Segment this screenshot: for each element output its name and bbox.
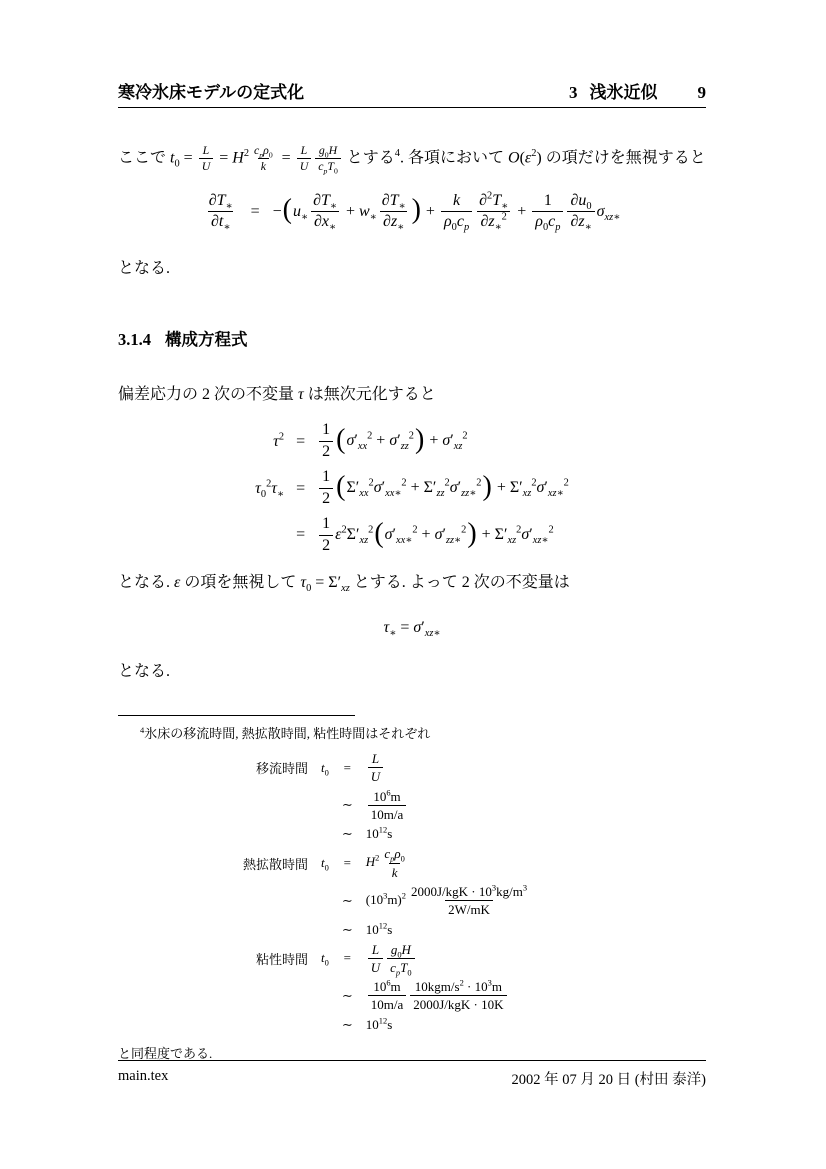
footnote-row-label: 粘性時間 <box>238 949 308 968</box>
footnote-row-label: 移流時間 <box>238 758 308 777</box>
tau-eq-row1-lhs: τ2 <box>255 433 284 451</box>
footnote-intro: 4氷床の移流時間, 熱拡散時間, 粘性時間はそれぞれ <box>118 723 706 742</box>
footnote-row-rel: = <box>342 760 353 776</box>
footnote-row-rhs: 1012s <box>366 826 532 842</box>
section-heading: 3.1.4構成方程式 <box>118 326 706 350</box>
page-footer: main.tex 2002 年 07 月 20 日 (村田 泰洋) <box>118 1060 706 1089</box>
section-heading-title: 構成方程式 <box>165 331 248 349</box>
tau-intro-paragraph: 偏差応力の 2 次の不変量 τ は無次元化すると <box>118 382 706 408</box>
footnote-row-rhs: (103m)22000J/kgK · 103kg/m32W/mK <box>366 884 532 918</box>
footnote-row-var: t0 <box>321 855 329 871</box>
footnote-row-rel: = <box>342 855 353 871</box>
after-invariant-text: となる. <box>118 659 706 685</box>
footnote-row-rhs: 106m10m/a10kgm/s2 · 103m2000J/kgK · 10K <box>366 979 532 1013</box>
header-section-number: 3 <box>569 83 578 102</box>
invariant-result-expression: τ∗ = σ′xz∗ <box>384 619 441 637</box>
page-header: 寒冷氷床モデルの定式化 3浅氷近似9 <box>118 78 706 103</box>
heat-equation-lhs: ∂T∗∂t∗ <box>204 192 238 233</box>
footnote-row-rel: = <box>342 950 353 966</box>
after-heat-text: となる. <box>118 256 706 282</box>
footnote-row-rel: ∼ <box>342 988 353 1004</box>
tau-eq-row3-rel: = <box>296 526 305 544</box>
document-page: 寒冷氷床モデルの定式化 3浅氷近似9 ここで t0 = LU = H2cpρ0k… <box>0 0 826 1169</box>
footnote-row-var: t0 <box>321 950 329 966</box>
tau-eq-row1-rhs: 12(σ′xx2 + σ′zz2) + σ′xz2 <box>317 421 569 462</box>
footnote-row-rhs: LUg0HcpT0 <box>366 942 532 976</box>
footnote-closing-text: と同程度である. <box>118 1043 706 1062</box>
tau-eq-row3-rhs: 12ε2Σ′xz2(σ′xx∗2 + σ′zz∗2) + Σ′xz2σ′xz∗2 <box>317 515 569 556</box>
section-heading-number: 3.1.4 <box>118 330 151 349</box>
intro-paragraph: ここで t0 = LU = H2cpρ0k = LUg0HcpT0 とする4. … <box>118 144 706 174</box>
footnote-intro-text: 氷床の移流時間, 熱拡散時間, 粘性時間はそれぞれ <box>144 726 430 741</box>
footnote-equation-table: 移流時間 t0 = LU ∼ 106m10m/a ∼ 1012s 熱拡散時間 t… <box>238 751 706 1033</box>
footnote-row-rel: ∼ <box>342 922 353 938</box>
footnote: 4氷床の移流時間, 熱拡散時間, 粘性時間はそれぞれ 移流時間 t0 = LU … <box>118 715 706 1062</box>
tau-eq-row2-rhs: 12(Σ′xx2σ′xx∗2 + Σ′zz2σ′zz∗2) + Σ′xz2σ′x… <box>317 468 569 509</box>
footnote-rule <box>118 715 355 716</box>
tau-eq-row1-rel: = <box>296 433 305 451</box>
footnote-row-rel: ∼ <box>342 893 353 909</box>
equals-sign: = <box>251 203 260 221</box>
running-title: 寒冷氷床モデルの定式化 <box>118 78 304 103</box>
footnote-row-rhs: 106m10m/a <box>366 789 532 823</box>
header-section-title: 浅氷近似 <box>590 83 658 102</box>
footnote-row-rhs: LU <box>366 751 532 785</box>
tau0-definition-paragraph: となる. ε の項を無視して τ0 = Σ′xz とする. よって 2 次の不変… <box>118 570 706 596</box>
running-head-right: 3浅氷近似9 <box>569 78 706 103</box>
footnote-row-label: 熱拡散時間 <box>238 854 308 873</box>
tau-eq-row2-lhs: τ02τ∗ <box>255 480 284 498</box>
footer-date-author: 2002 年 07 月 20 日 (村田 泰洋) <box>511 1068 706 1089</box>
footnote-row-rhs: 1012s <box>366 1017 532 1033</box>
tau-eq-row2-rel: = <box>296 480 305 498</box>
footnote-row-rhs: H2cpρ0k <box>366 846 532 880</box>
footer-filename: main.tex <box>118 1068 168 1089</box>
footnote-row-rhs: 1012s <box>366 922 532 938</box>
page-number: 9 <box>698 83 707 102</box>
heat-equation-rhs: −(u∗∂T∗∂x∗ + w∗∂T∗∂z∗) + kρ0cp∂2T∗∂z∗2 +… <box>273 192 621 233</box>
tau-invariant-equation-block: τ2 = 12(σ′xx2 + σ′zz2) + σ′xz2 τ02τ∗ = 1… <box>118 421 706 555</box>
footnote-row-rel: ∼ <box>342 1017 353 1033</box>
invariant-result-equation: τ∗ = σ′xz∗ <box>118 619 706 637</box>
heat-equation: ∂T∗∂t∗ = −(u∗∂T∗∂x∗ + w∗∂T∗∂z∗) + kρ0cp∂… <box>118 192 706 233</box>
footnote-row-var: t0 <box>321 760 329 776</box>
footnote-row-rel: ∼ <box>342 826 353 842</box>
footnote-row-rel: ∼ <box>342 797 353 813</box>
header-rule <box>118 107 706 108</box>
